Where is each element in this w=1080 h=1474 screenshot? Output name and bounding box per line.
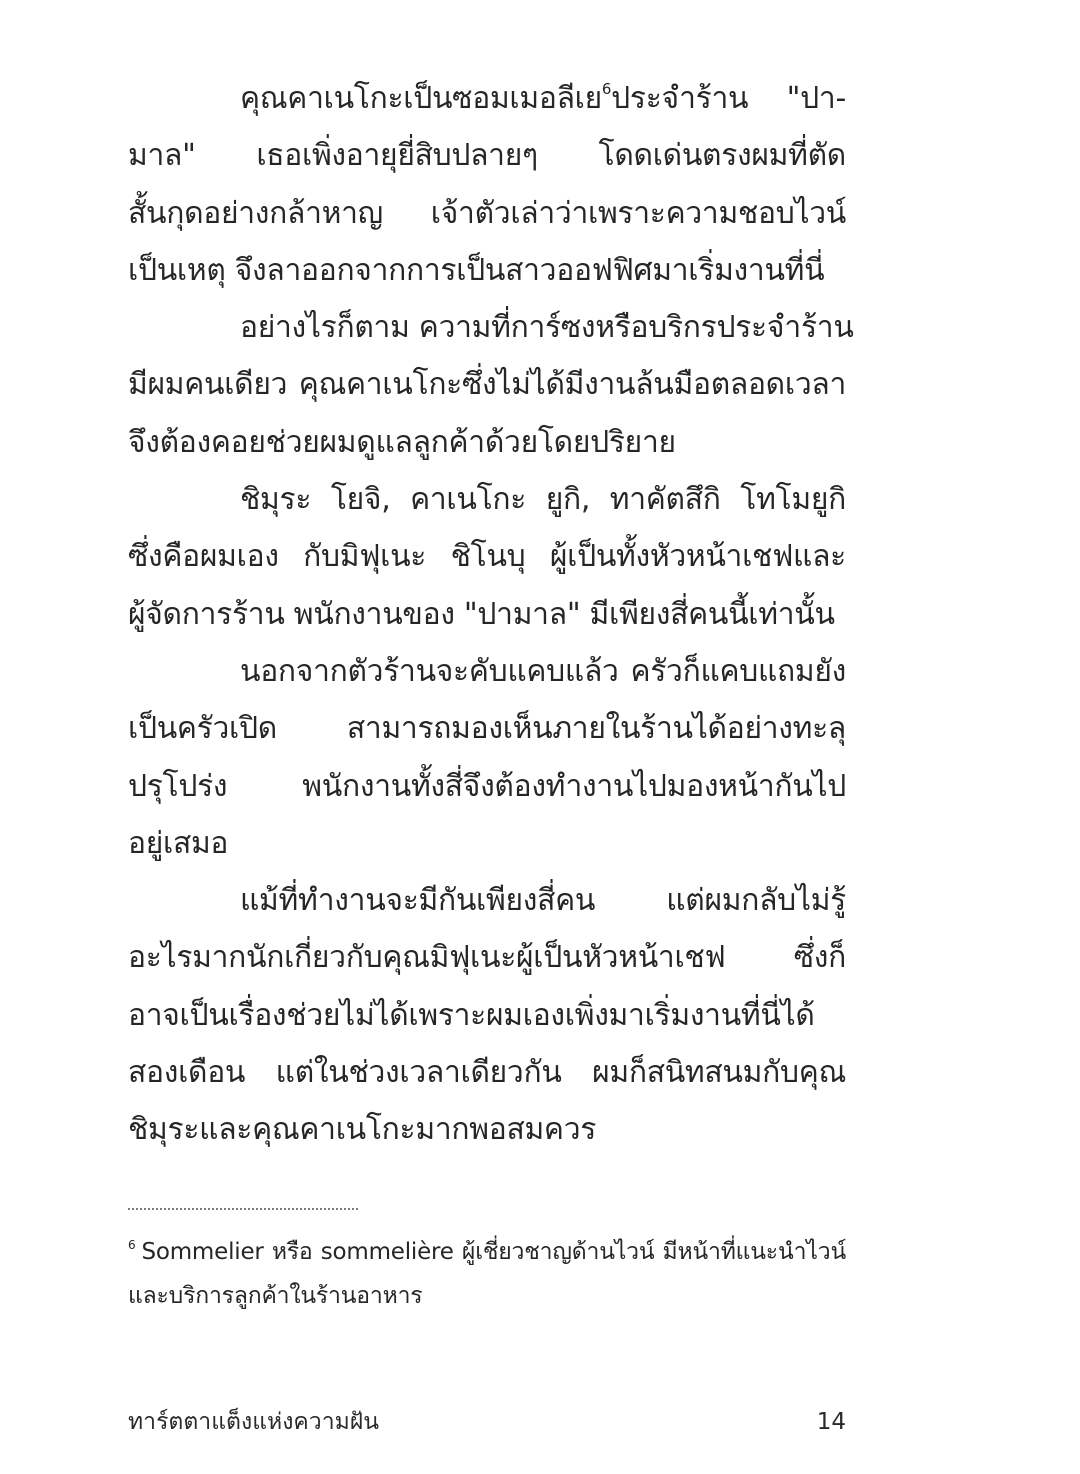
text-line: แม้ที่ทำงานจะมีกันเพียงสี่คน แต่ผมกลับไม…: [128, 872, 846, 929]
body-text: คุณคาเนโกะเป็นซอมเมอลีเย6ประจำร้าน "ปา- …: [128, 70, 846, 1159]
text-line: คุณคาเนโกะเป็นซอมเมอลีเย6ประจำร้าน "ปา-: [128, 70, 846, 127]
text-line: อาจเป็นเรื่องช่วยไม่ได้เพราะผมเองเพิ่งมา…: [128, 987, 846, 1044]
book-title: ทาร์ตตาแต็งแห่งความฝัน: [128, 1404, 379, 1440]
text-line: อะไรมากนักเกี่ยวกับคุณมิฟุเนะผู้เป็นหัวห…: [128, 929, 846, 986]
text-line: อยู่เสมอ: [128, 815, 846, 872]
text-line: ผู้จัดการร้าน พนักงานของ "ปามาล" มีเพียง…: [128, 586, 846, 643]
text-line: มีผมคนเดียว คุณคาเนโกะซึ่งไม่ได้มีงานล้น…: [128, 356, 846, 413]
footnote-divider: [128, 1208, 358, 1210]
footnote: 6Sommelier หรือ sommelière ผู้เชี่ยวชาญด…: [128, 1230, 846, 1318]
page-footer: ทาร์ตตาแต็งแห่งความฝัน 14: [128, 1400, 846, 1444]
footnote-line: และบริการลูกค้าในร้านอาหาร: [128, 1274, 846, 1318]
text-line: ชิมุระ โยจิ, คาเนโกะ ยูกิ, ทาคัตสึกิ โทโ…: [128, 471, 846, 528]
text-line: มาล" เธอเพิ่งอายุยี่สิบปลายๆ โดดเด่นตรงผ…: [128, 127, 846, 184]
footnote-line: 6Sommelier หรือ sommelière ผู้เชี่ยวชาญด…: [128, 1230, 846, 1274]
text-line: ซึ่งคือผมเอง กับมิฟุเนะ ชิโนบุ ผู้เป็นทั…: [128, 528, 846, 585]
text-line: เป็นเหตุ จึงลาออกจากการเป็นสาวออฟฟิศมาเร…: [128, 242, 846, 299]
book-page: คุณคาเนโกะเป็นซอมเมอลีเย6ประจำร้าน "ปา- …: [0, 0, 1080, 1474]
footnote-marker: 6: [128, 1238, 135, 1252]
text-line: สั้นกุดอย่างกล้าหาญ เจ้าตัวเล่าว่าเพราะค…: [128, 185, 846, 242]
text-line: สองเดือน แต่ในช่วงเวลาเดียวกัน ผมก็สนิทส…: [128, 1044, 846, 1101]
text-line: นอกจากตัวร้านจะคับแคบแล้ว ครัวก็แคบแถมยั…: [128, 643, 846, 700]
footnote-reference[interactable]: 6: [602, 80, 611, 98]
text-line: ชิมุระและคุณคาเนโกะมากพอสมควร: [128, 1101, 846, 1158]
text-line: จึงต้องคอยช่วยผมดูแลลูกค้าด้วยโดยปริยาย: [128, 414, 846, 471]
text-line: ปรุโปร่ง พนักงานทั้งสี่จึงต้องทำงานไปมอง…: [128, 758, 846, 815]
text-line: อย่างไรก็ตาม ความที่การ์ซงหรือบริกรประจำ…: [128, 299, 846, 356]
text-line: เป็นครัวเปิด สามารถมองเห็นภายในร้านได้อย…: [128, 700, 846, 757]
page-number: 14: [817, 1409, 846, 1435]
